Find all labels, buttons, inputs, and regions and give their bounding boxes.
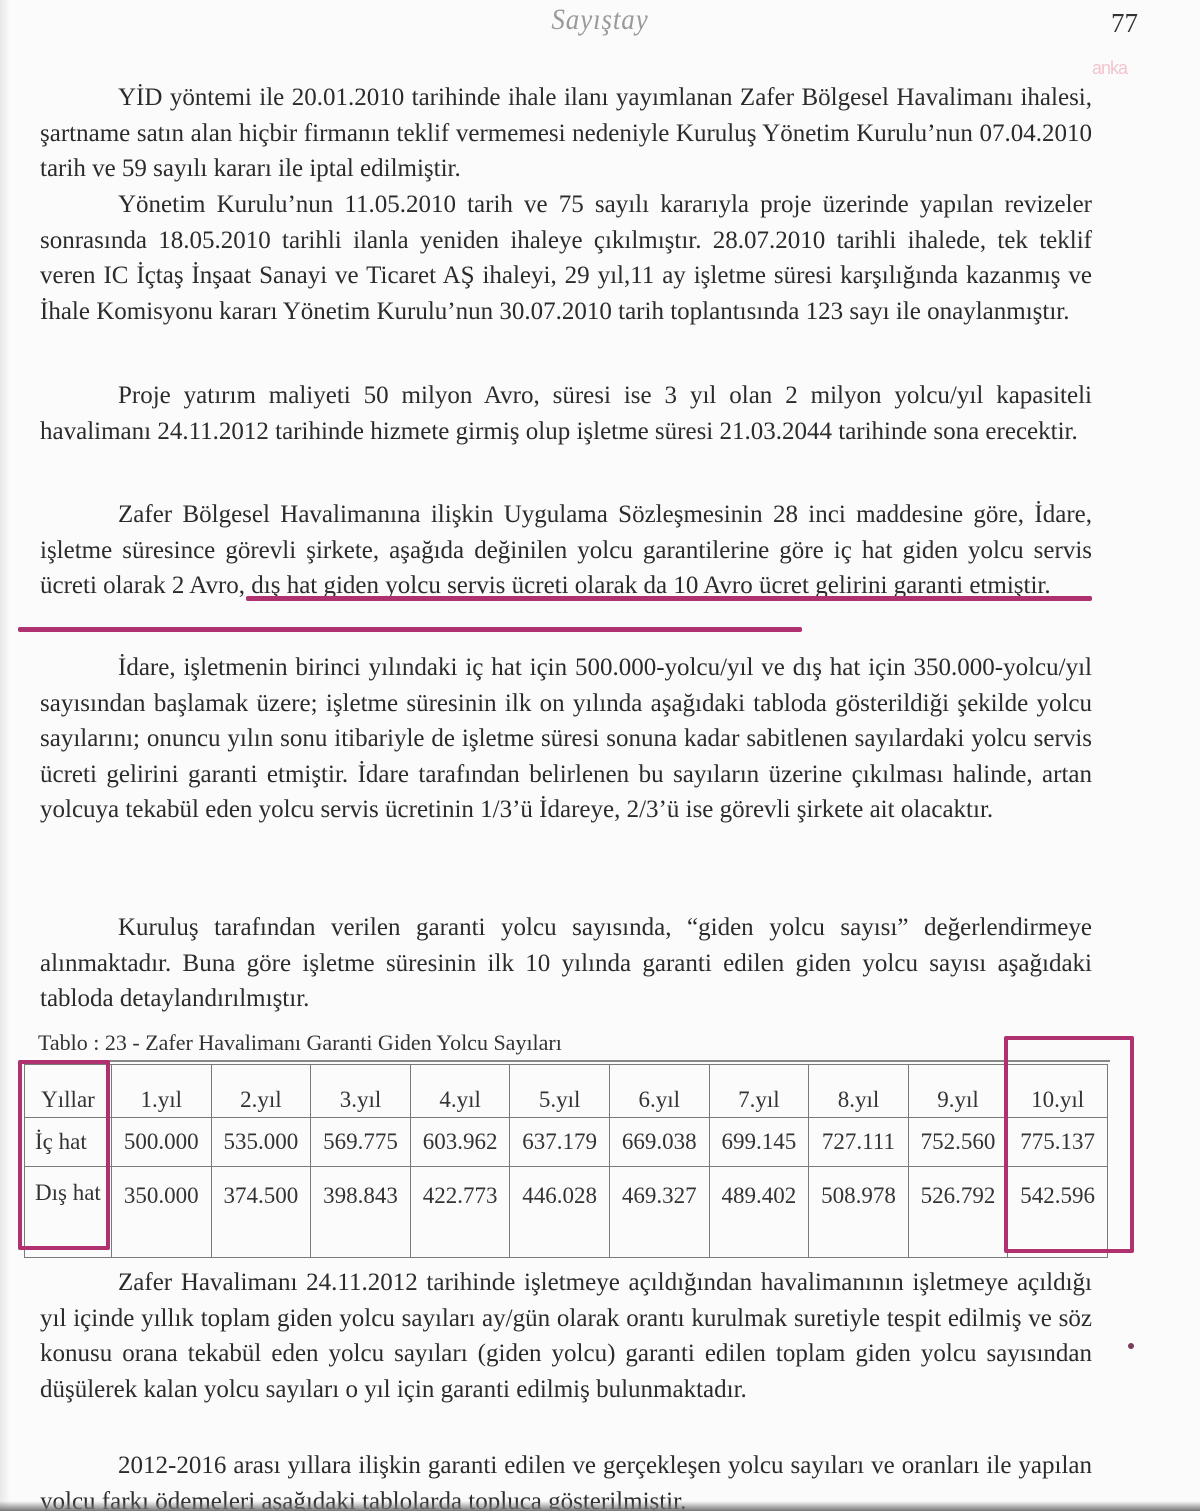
table-cell: 727.111	[809, 1118, 909, 1167]
page-bottom-shadow	[0, 1501, 1200, 1511]
paragraph-5: İdare, işletmenin birinci yılındaki iç h…	[40, 650, 1092, 828]
paragraph-1: YİD yöntemi ile 20.01.2010 tarihinde iha…	[40, 80, 1092, 187]
table-cell: 500.000	[112, 1118, 212, 1167]
table-cell: 752.560	[908, 1118, 1008, 1167]
table-cell: 508.978	[809, 1167, 909, 1258]
paragraph-7: Zafer Havalimanı 24.11.2012 tarihinde iş…	[40, 1265, 1092, 1407]
table-cell: 699.145	[709, 1118, 809, 1167]
paragraph-2: Yönetim Kurulu’nun 11.05.2010 tarih ve 7…	[40, 187, 1092, 329]
column-header: 1.yıl	[112, 1065, 212, 1118]
highlight-box-years-column	[18, 1060, 110, 1250]
column-header: 2.yıl	[211, 1065, 311, 1118]
table-cell: 398.843	[311, 1167, 411, 1258]
paragraph-text: Yönetim Kurulu’nun 11.05.2010 tarih ve 7…	[40, 187, 1092, 329]
paragraph-4: Zafer Bölgesel Havalimanına ilişkin Uygu…	[40, 497, 1092, 604]
paragraph-6: Kuruluş tarafından verilen garanti yolcu…	[40, 910, 1092, 1017]
paragraph-3: Proje yatırım maliyeti 50 milyon Avro, s…	[40, 378, 1092, 449]
table-cell: 489.402	[709, 1167, 809, 1258]
table-cell: 469.327	[609, 1167, 709, 1258]
table-cell: 422.773	[410, 1167, 510, 1258]
paragraph-text: Kuruluş tarafından verilen garanti yolcu…	[40, 910, 1092, 1017]
table-top-rule	[20, 1060, 1110, 1062]
paragraph-text: Zafer Bölgesel Havalimanına ilişkin Uygu…	[40, 497, 1092, 604]
column-header: 3.yıl	[311, 1065, 411, 1118]
table-cell: 603.962	[410, 1118, 510, 1167]
table-cell: 669.038	[609, 1118, 709, 1167]
table-cell: 350.000	[112, 1167, 212, 1258]
highlight-underline	[246, 596, 1092, 601]
column-header: 5.yıl	[510, 1065, 610, 1118]
table-cell: 374.500	[211, 1167, 311, 1258]
running-header: Sayıştay	[60, 0, 1140, 40]
margin-mark	[1128, 1343, 1134, 1349]
table-header-row: Yıllar 1.yıl2.yıl3.yıl4.yıl5.yıl6.yıl7.y…	[25, 1065, 1108, 1118]
page-number: 77	[1111, 6, 1138, 40]
column-header: 4.yıl	[410, 1065, 510, 1118]
watermark: anka	[1092, 58, 1127, 79]
guaranteed-passenger-table: Yıllar 1.yıl2.yıl3.yıl4.yıl5.yıl6.yıl7.y…	[24, 1064, 1108, 1258]
highlight-underline	[18, 627, 802, 632]
paragraph-text: Proje yatırım maliyeti 50 milyon Avro, s…	[40, 378, 1092, 449]
table-cell: 446.028	[510, 1167, 610, 1258]
table-cell: 637.179	[510, 1118, 610, 1167]
column-header: 9.yıl	[908, 1065, 1008, 1118]
table-cell: 569.775	[311, 1118, 411, 1167]
table-row: İç hat 500.000535.000569.775603.962637.1…	[25, 1118, 1108, 1167]
highlight-box-year-10-column	[1004, 1036, 1134, 1253]
column-header: 6.yıl	[609, 1065, 709, 1118]
paragraph-text: İdare, işletmenin birinci yılındaki iç h…	[40, 650, 1092, 828]
page-edge-shadow	[0, 0, 10, 1511]
table-row: Dış hat 350.000374.500398.843422.773446.…	[25, 1167, 1108, 1258]
column-header: 7.yıl	[709, 1065, 809, 1118]
paragraph-text: YİD yöntemi ile 20.01.2010 tarihinde iha…	[40, 80, 1092, 187]
table-cell: 526.792	[908, 1167, 1008, 1258]
table-cell: 535.000	[211, 1118, 311, 1167]
document-page: Sayıştay 77 anka YİD yöntemi ile 20.01.2…	[0, 0, 1200, 1511]
column-header: 8.yıl	[809, 1065, 909, 1118]
table-caption: Tablo : 23 - Zafer Havalimanı Garanti Gi…	[38, 1030, 562, 1056]
paragraph-text: Zafer Havalimanı 24.11.2012 tarihinde iş…	[40, 1265, 1092, 1407]
